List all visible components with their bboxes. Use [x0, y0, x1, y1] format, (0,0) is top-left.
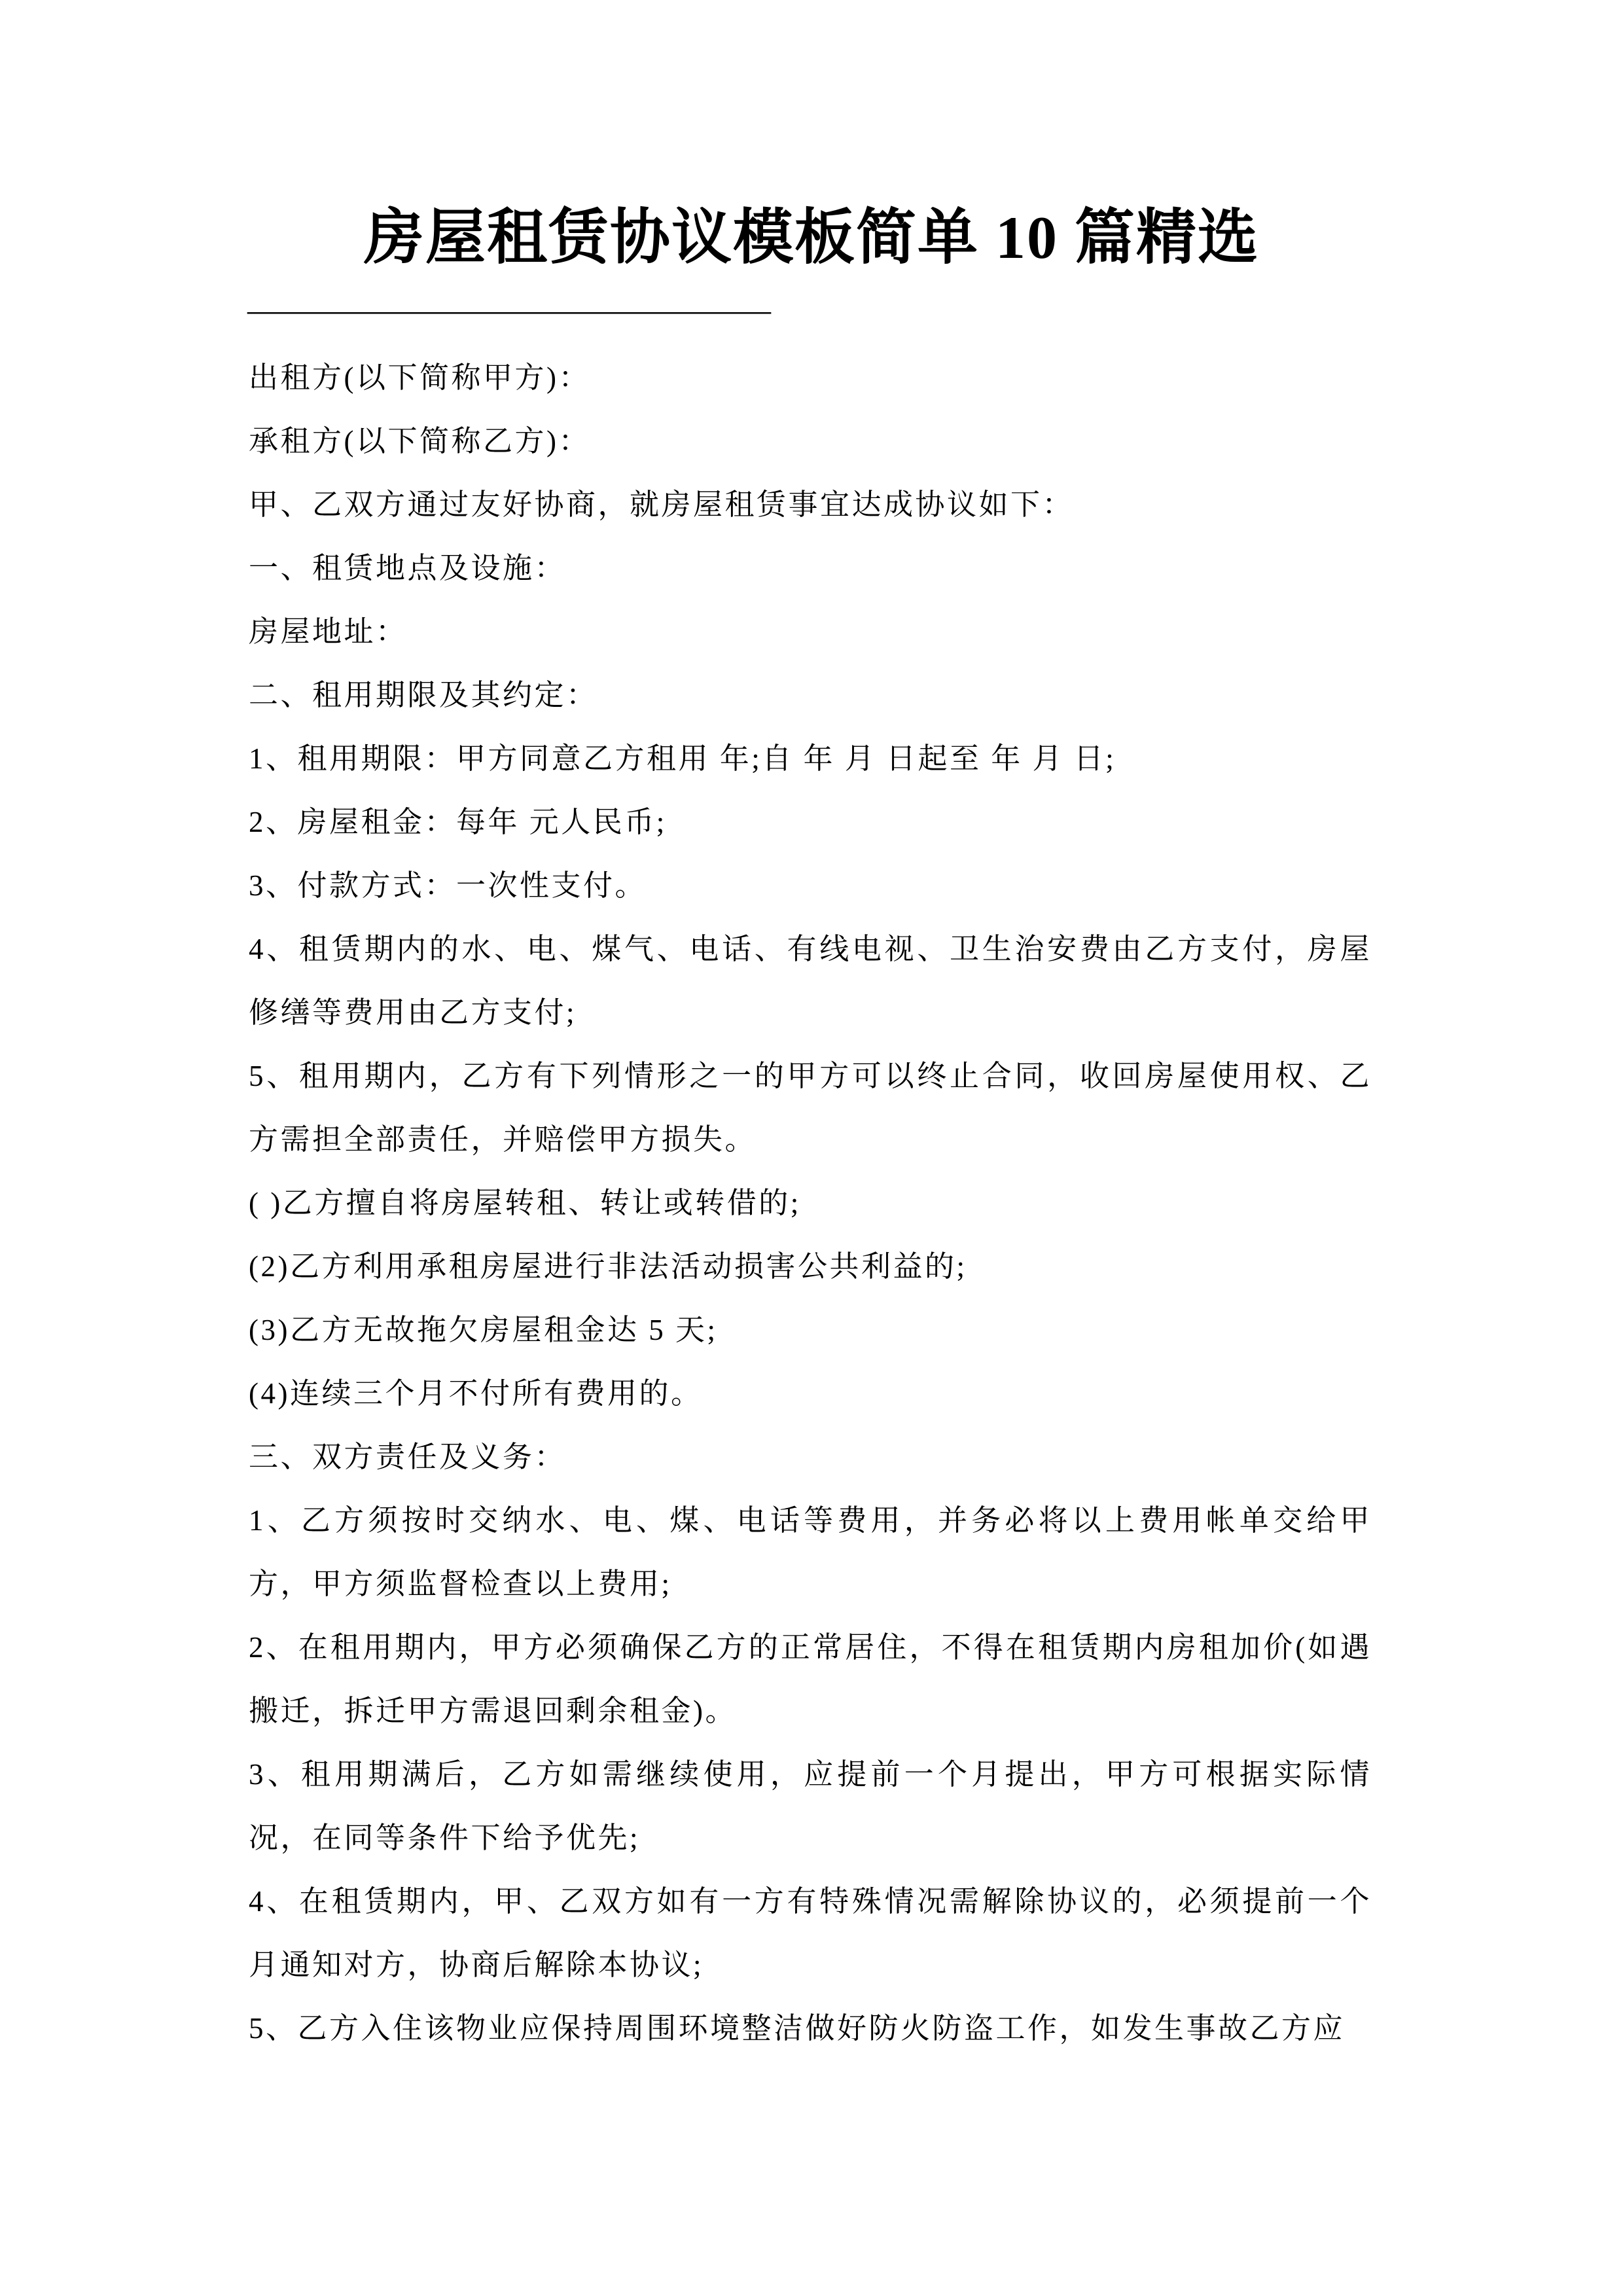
paragraph: 三、双方责任及义务： [249, 1426, 1372, 1489]
paragraph: 一、租赁地点及设施： [249, 537, 1372, 600]
title-underline-dashes: ———————————————— [247, 278, 1399, 342]
paragraph: 2、房屋租金：每年 元人民币; [249, 791, 1372, 854]
paragraph: (4)连续三个月不付所有费用的。 [249, 1362, 1372, 1426]
paragraph: 房屋地址： [249, 600, 1372, 664]
paragraph: (2)乙方利用承租房屋进行非法活动损害公共利益的; [249, 1235, 1372, 1299]
paragraph: 4、租赁期内的水、电、煤气、电话、有线电视、卫生治安费由乙方支付，房屋修缮等费用… [249, 918, 1372, 1045]
paragraph: 3、付款方式：一次性支付。 [249, 854, 1372, 918]
paragraph: 4、在租赁期内，甲、乙双方如有一方有特殊情况需解除协议的，必须提前一个月通知对方… [249, 1870, 1372, 1997]
paragraph: 承租方(以下简称乙方)： [249, 410, 1372, 473]
paragraph: 甲、乙双方通过友好协商，就房屋租赁事宜达成协议如下： [249, 473, 1372, 537]
paragraph: ( )乙方擅自将房屋转租、转让或转借的; [249, 1172, 1372, 1235]
document-title: 房屋租赁协议模板简单 10 篇精选 [0, 202, 1623, 274]
paragraph: (3)乙方无故拖欠房屋租金达 5 天; [249, 1299, 1372, 1362]
paragraph: 5、租用期内，乙方有下列情形之一的甲方可以终止合同，收回房屋使用权、乙方需担全部… [249, 1045, 1372, 1172]
document-page: 房屋租赁协议模板简单 10 篇精选 ———————————————— 出租方(以… [0, 0, 1623, 2296]
paragraph: 出租方(以下简称甲方)： [249, 346, 1372, 410]
paragraph: 2、在租用期内，甲方必须确保乙方的正常居住，不得在租赁期内房租加价(如遇搬迁，拆… [249, 1616, 1372, 1743]
paragraph: 1、租用期限：甲方同意乙方租用 年;自 年 月 日起至 年 月 日; [249, 727, 1372, 791]
paragraph: 3、租用期满后，乙方如需继续使用，应提前一个月提出，甲方可根据实际情况，在同等条… [249, 1743, 1372, 1870]
paragraph: 二、租用期限及其约定： [249, 664, 1372, 727]
paragraph: 5、乙方入住该物业应保持周围环境整洁做好防火防盗工作，如发生事故乙方应 [249, 1997, 1372, 2060]
paragraph: 1、乙方须按时交纳水、电、煤、电话等费用，并务必将以上费用帐单交给甲方，甲方须监… [249, 1489, 1372, 1616]
document-body: 出租方(以下简称甲方)：承租方(以下简称乙方)：甲、乙双方通过友好协商，就房屋租… [249, 346, 1372, 2060]
